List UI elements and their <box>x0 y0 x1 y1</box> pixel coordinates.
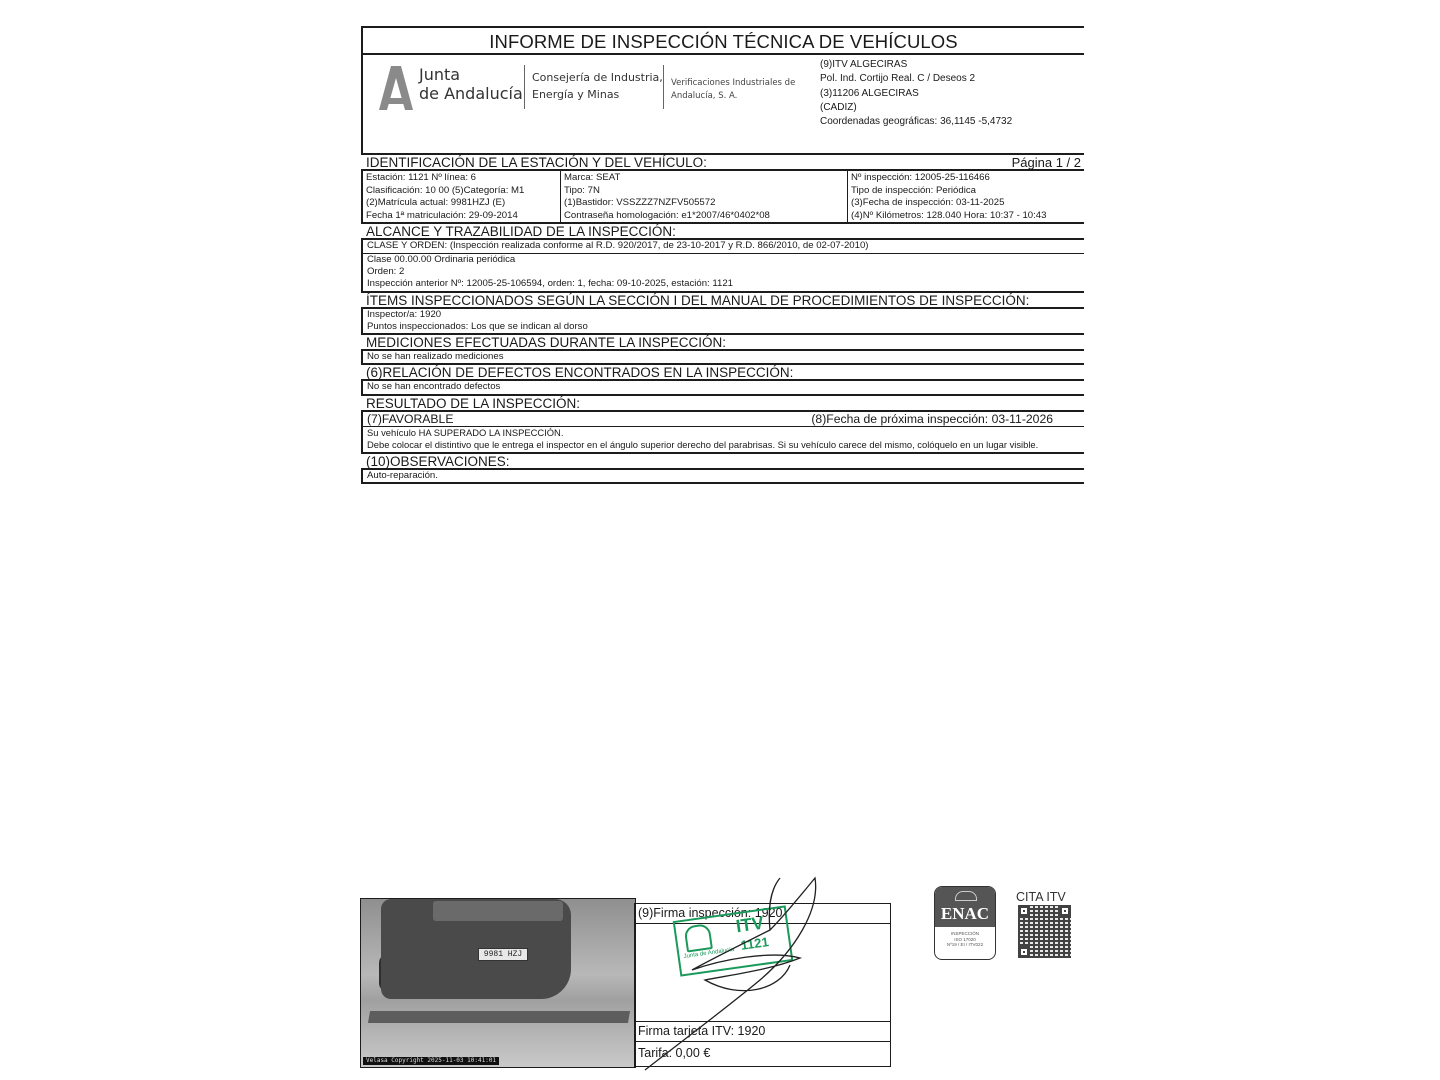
logo-line2: de Andalucía <box>419 84 523 103</box>
clase: Clase 00.00.00 Ordinaria periódica <box>363 253 1084 266</box>
enac-sub3: Nº19 / EI / ITV022 <box>935 942 995 948</box>
section-title-items: ÍTEMS INSPECCIONADOS SEGÚN LA SECCIÓN I … <box>361 293 1084 307</box>
estacion-linea: Estación: 1121 Nº línea: 6 <box>366 172 560 185</box>
station-province: (CADIZ) <box>820 101 1012 115</box>
resultado-box: (7)FAVORABLE (8)Fecha de próxima inspecc… <box>361 410 1084 454</box>
enac-accreditation: INSPECCIÓN ISO 17020 Nº19 / EI / ITV022 <box>935 927 995 948</box>
puntos-inspeccionados: Puntos inspeccionados: Los que se indica… <box>363 321 1084 333</box>
qr-finder <box>1059 905 1071 917</box>
verificaciones-line1: Verificaciones Industriales de <box>671 77 795 90</box>
mediciones-text: No se han realizado mediciones <box>363 351 1084 363</box>
observaciones-text: Auto-reparación. <box>363 470 1084 482</box>
report-title: INFORME DE INSPECCIÓN TÉCNICA DE VEHÍCUL… <box>361 26 1084 55</box>
items-box: Inspector/a: 1920 Puntos inspeccionados:… <box>361 307 1084 336</box>
bastidor: (1)Bastidor: VSSZZZ7NZFV505572 <box>564 197 847 210</box>
junta-andalucia-logo-icon <box>377 64 415 112</box>
consejeria-label: Consejería de Industria, Energía y Minas <box>532 69 663 103</box>
section-title-defectos: (6)RELACIÓN DE DEFECTOS ENCONTRADOS EN L… <box>361 365 1084 379</box>
contrasena-homologacion: Contraseña homologación: e1*2007/46*0402… <box>564 210 847 223</box>
mediciones-box: No se han realizado mediciones <box>361 349 1084 365</box>
photo-caption: Velasa Copyright 2025-11-03 10:41:01 <box>363 1057 499 1065</box>
station-street: Pol. Ind. Cortijo Real. C / Deseos 2 <box>820 72 1012 86</box>
verificaciones-label: Verificaciones Industriales de Andalucía… <box>671 77 795 103</box>
clase-orden: CLASE Y ORDEN: (Inspección realizada con… <box>363 240 1084 252</box>
section-title-resultado: RESULTADO DE LA INSPECCIÓN: <box>361 396 1084 410</box>
qr-finder <box>1018 905 1030 917</box>
cita-itv-label: CITA ITV <box>1016 890 1066 904</box>
kilometros-hora: (4)Nº Kilómetros: 128.040 Hora: 10:37 - … <box>851 210 1084 223</box>
enac-name: ENAC <box>935 904 995 924</box>
enac-header: ENAC <box>935 887 995 927</box>
inspection-report: INFORME DE INSPECCIÓN TÉCNICA DE VEHÍCUL… <box>361 26 1084 484</box>
vehicle-column: Marca: SEAT Tipo: 7N (1)Bastidor: VSSZZZ… <box>561 171 848 222</box>
qr-code-icon[interactable] <box>1018 905 1071 958</box>
numero-inspeccion: Nº inspección: 12005-25-116466 <box>851 172 1084 185</box>
fecha-matriculacion: Fecha 1ª matriculación: 29-09-2014 <box>366 210 560 223</box>
rear-window <box>433 901 563 921</box>
station-city: (3)11206 ALGECIRAS <box>820 87 1012 101</box>
identificacion-table: Estación: 1121 Nº línea: 6 Clasificación… <box>361 169 1084 224</box>
section-title-observaciones: (10)OBSERVACIONES: <box>361 454 1084 468</box>
license-plate: 9981 HZJ <box>478 948 528 961</box>
handwritten-signature <box>620 870 850 1075</box>
report-header: Junta de Andalucía Consejería de Industr… <box>361 55 1084 155</box>
divider <box>524 65 525 109</box>
station-name: (9)ITV ALGECIRAS <box>820 58 1012 72</box>
station-column: Estación: 1121 Nº línea: 6 Clasificación… <box>363 171 561 222</box>
defectos-box: No se han encontrado defectos <box>361 379 1084 395</box>
qr-finder <box>1018 946 1030 958</box>
tipo: Tipo: 7N <box>564 185 847 198</box>
resultado-header: (7)FAVORABLE (8)Fecha de próxima inspecc… <box>363 412 1084 426</box>
identificacion-title: IDENTIFICACIÓN DE LA ESTACIÓN Y DEL VEHÍ… <box>366 155 707 170</box>
matricula: (2)Matrícula actual: 9981HZJ (E) <box>366 197 560 210</box>
page-number: Página 1 / 2 <box>1012 155 1081 170</box>
inspector: Inspector/a: 1920 <box>363 309 1084 321</box>
section-title-mediciones: MEDICIONES EFECTUADAS DURANTE LA INSPECC… <box>361 335 1084 349</box>
junta-andalucia-wordmark: Junta de Andalucía <box>419 65 523 103</box>
next-inspection-date: (8)Fecha de próxima inspección: 03-11-20… <box>811 412 1053 426</box>
orden: Orden: 2 <box>363 266 1084 278</box>
verificaciones-line2: Andalucía, S. A. <box>671 90 795 103</box>
enac-badge: ENAC INSPECCIÓN ISO 17020 Nº19 / EI / IT… <box>934 886 996 960</box>
distintivo-instructions: Debe colocar el distintivo que le entreg… <box>363 439 1084 452</box>
divider <box>663 65 664 109</box>
section-title-identificacion: IDENTIFICACIÓN DE LA ESTACIÓN Y DEL VEHÍ… <box>361 155 1084 169</box>
verdict-favorable: (7)FAVORABLE <box>367 412 453 426</box>
marca: Marca: SEAT <box>564 172 847 185</box>
resultado-message: Su vehículo HA SUPERADO LA INSPECCIÓN. <box>363 427 1084 440</box>
logo-line1: Junta <box>419 65 523 84</box>
consejeria-line1: Consejería de Industria, <box>532 69 663 86</box>
crown-icon <box>955 891 977 901</box>
inspection-track <box>368 1011 630 1023</box>
observaciones-box: Auto-reparación. <box>361 468 1084 484</box>
station-coordinates: Coordenadas geográficas: 36,1145 -5,4732 <box>820 115 1012 129</box>
tipo-inspeccion: Tipo de inspección: Periódica <box>851 185 1084 198</box>
section-title-alcance: ALCANCE Y TRAZABILIDAD DE LA INSPECCIÓN: <box>361 224 1084 238</box>
inspection-column: Nº inspección: 12005-25-116466 Tipo de i… <box>848 171 1084 222</box>
fecha-inspeccion: (3)Fecha de inspección: 03-11-2025 <box>851 197 1084 210</box>
defectos-text: No se han encontrado defectos <box>363 381 1084 393</box>
inspeccion-anterior: Inspección anterior Nº: 12005-25-106594,… <box>363 278 1084 290</box>
alcance-box: CLASE Y ORDEN: (Inspección realizada con… <box>361 238 1084 292</box>
clasificacion: Clasificación: 10 00 (5)Categoría: M1 <box>366 185 560 198</box>
consejeria-line2: Energía y Minas <box>532 86 663 103</box>
vehicle-photo: 9981 HZJ Velasa Copyright 2025-11-03 10:… <box>360 898 636 1068</box>
station-address: (9)ITV ALGECIRAS Pol. Ind. Cortijo Real.… <box>820 58 1012 129</box>
car-silhouette <box>381 899 571 999</box>
